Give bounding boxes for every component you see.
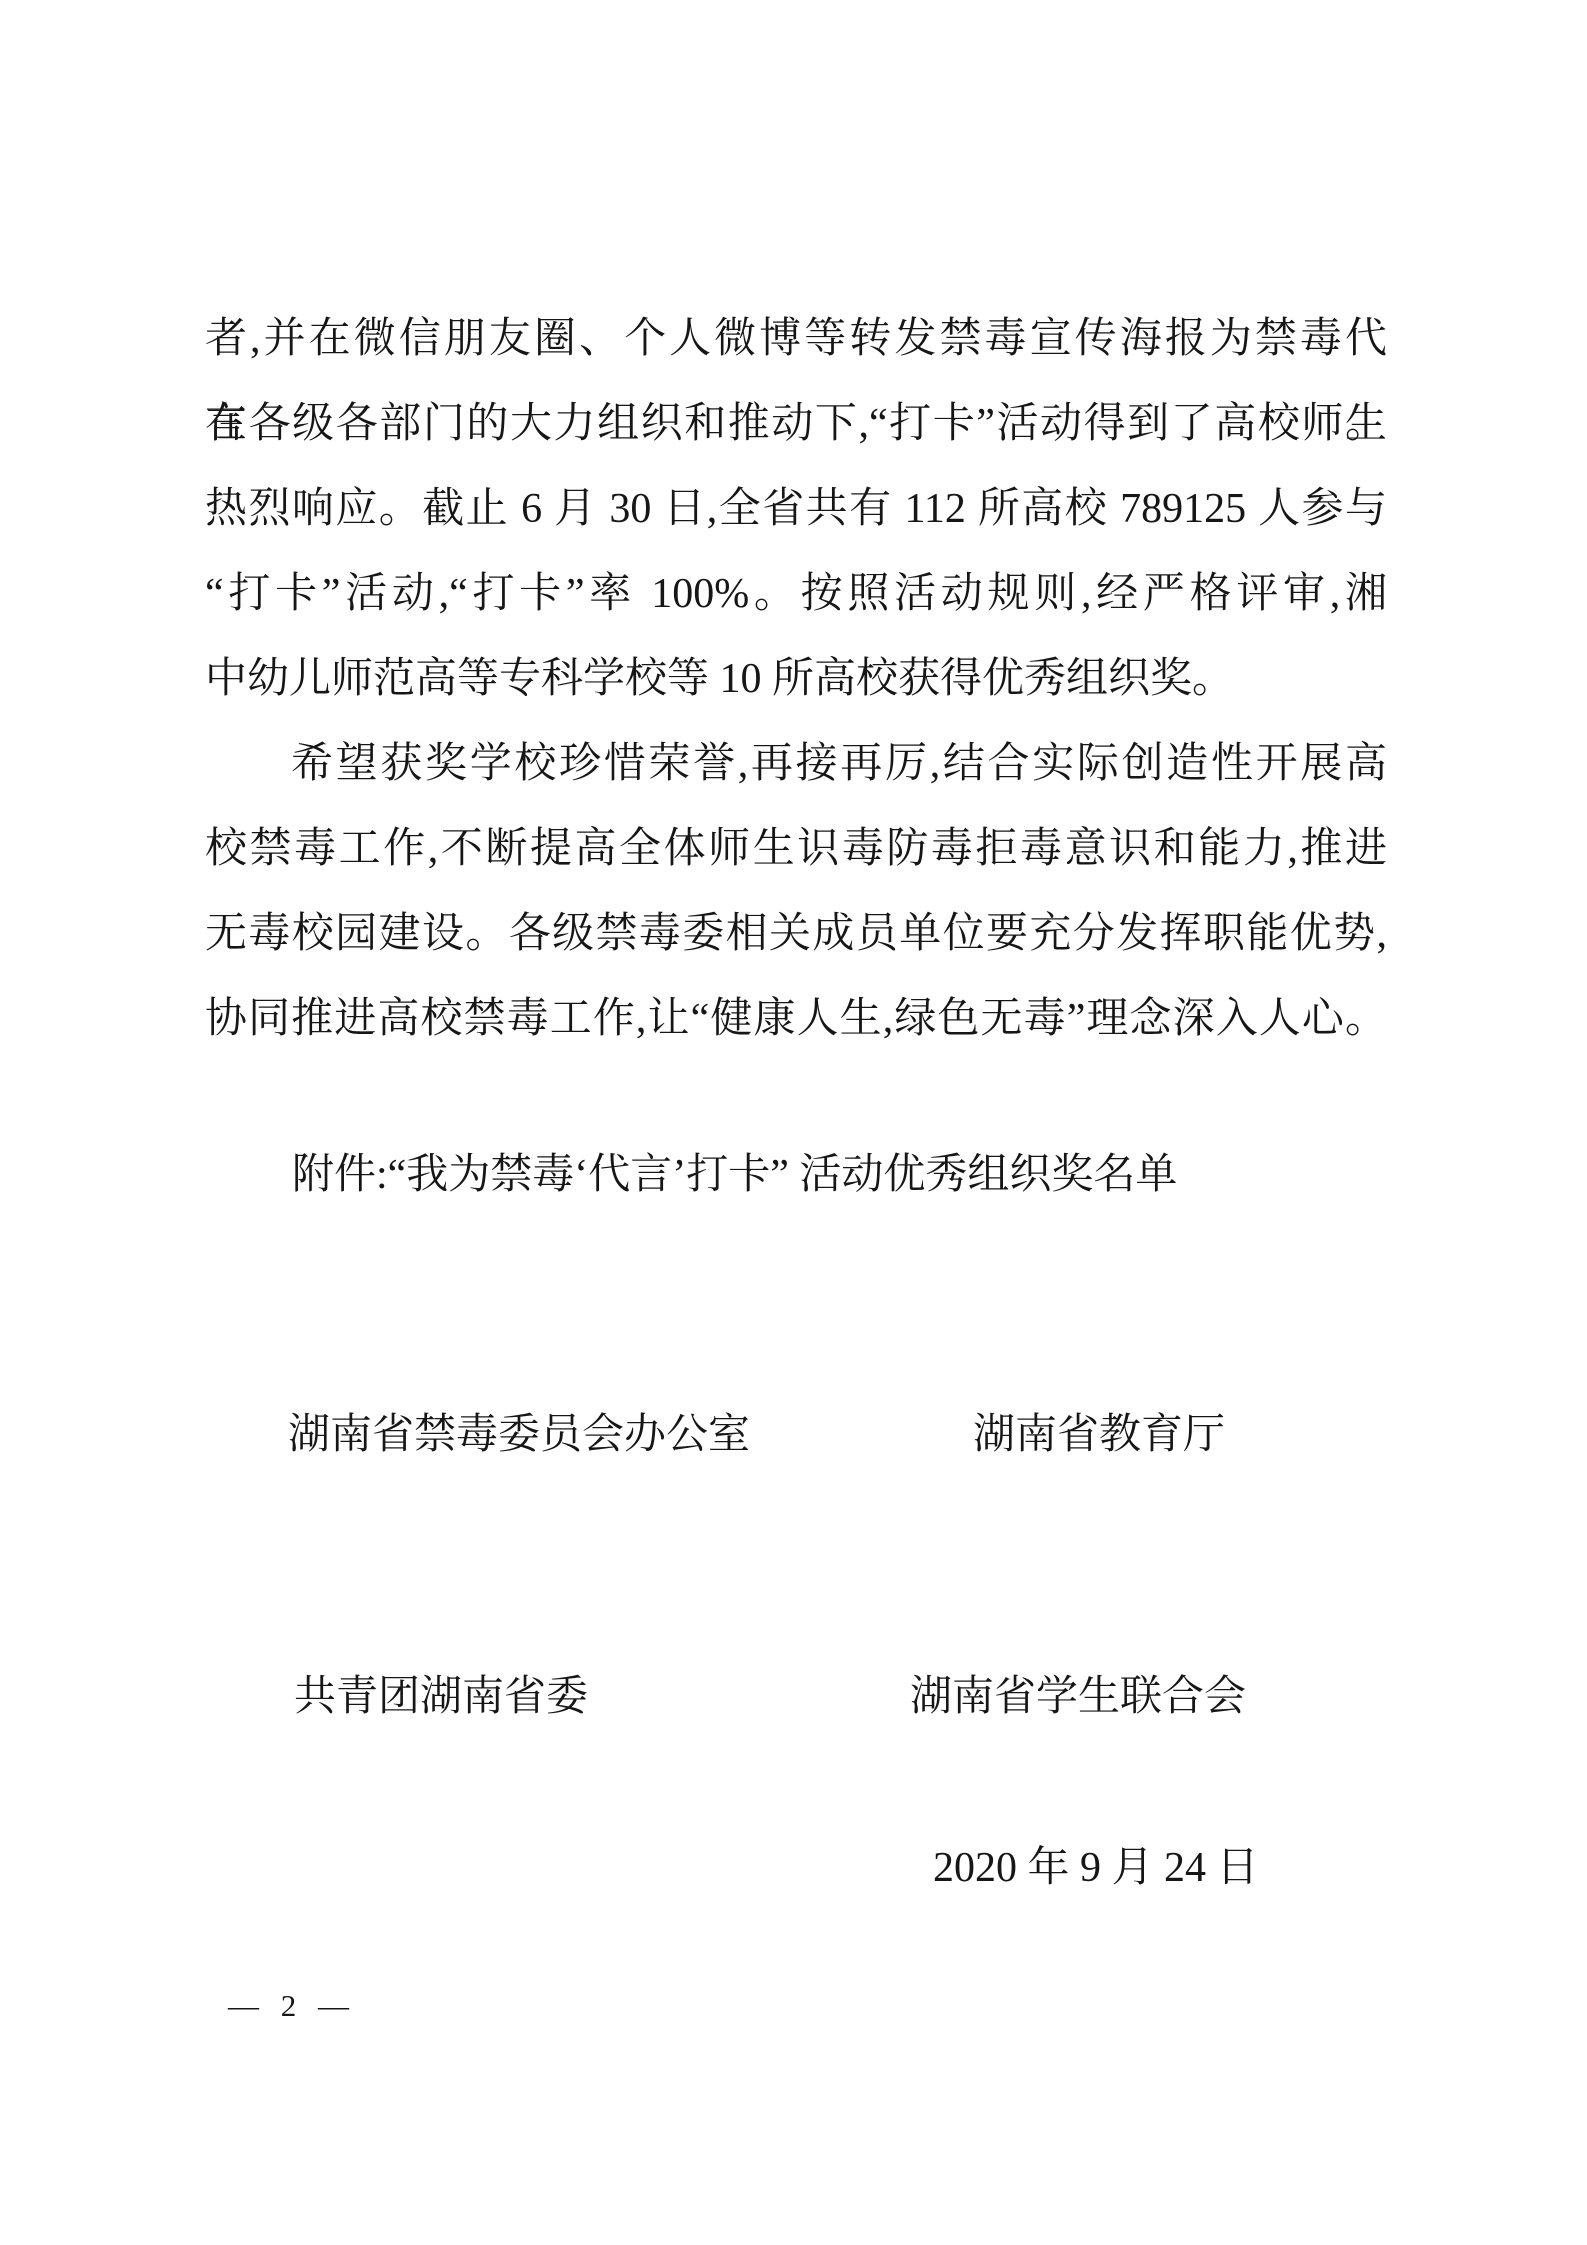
signature-org-youth-league: 共青团湖南省委	[294, 1672, 588, 1722]
body-text: 者,并在微信朋友圈、个人微博等转发禁毒宣传海报为禁毒代言。 在各级各部门的大力组…	[205, 297, 1387, 1062]
body-text-line: 校禁毒工作,不断提高全体师生识毒防毒拒毒意识和能力,推进	[205, 807, 1387, 892]
body-text-line: 热烈响应。截止 6 月 30 日,全省共有 112 所高校 789125 人参与	[205, 467, 1387, 552]
body-text-line: 中幼儿师范高等专科学校等 10 所高校获得优秀组织奖。	[205, 637, 1387, 722]
attachment-line: 附件:“我为禁毒‘代言’打卡” 活动优秀组织奖名单	[292, 1150, 1177, 1200]
body-text-line: 协同推进高校禁毒工作,让“健康人生,绿色无毒”理念深入人心。	[205, 977, 1387, 1062]
page-number: — 2 —	[228, 1988, 356, 2024]
body-text-line: 者,并在微信朋友圈、个人微博等转发禁毒宣传海报为禁毒代言。	[205, 297, 1387, 382]
signature-org-narcotics-office: 湖南省禁毒委员会办公室	[288, 1410, 750, 1460]
signature-org-student-federation: 湖南省学生联合会	[910, 1672, 1246, 1722]
body-text-line: “打卡”活动,“打卡”率 100%。按照活动规则,经严格评审,湘	[205, 552, 1387, 637]
signature-org-education-dept: 湖南省教育厅	[973, 1410, 1225, 1460]
date-line: 2020 年 9 月 24 日	[933, 1843, 1259, 1893]
body-text-line: 希望获奖学校珍惜荣誉,再接再厉,结合实际创造性开展高	[205, 722, 1387, 807]
body-text-line: 在各级各部门的大力组织和推动下,“打卡”活动得到了高校师生	[205, 382, 1387, 467]
document-page: 者,并在微信朋友圈、个人微博等转发禁毒宣传海报为禁毒代言。 在各级各部门的大力组…	[0, 0, 1587, 2245]
body-text-line: 无毒校园建设。各级禁毒委相关成员单位要充分发挥职能优势,	[205, 892, 1387, 977]
